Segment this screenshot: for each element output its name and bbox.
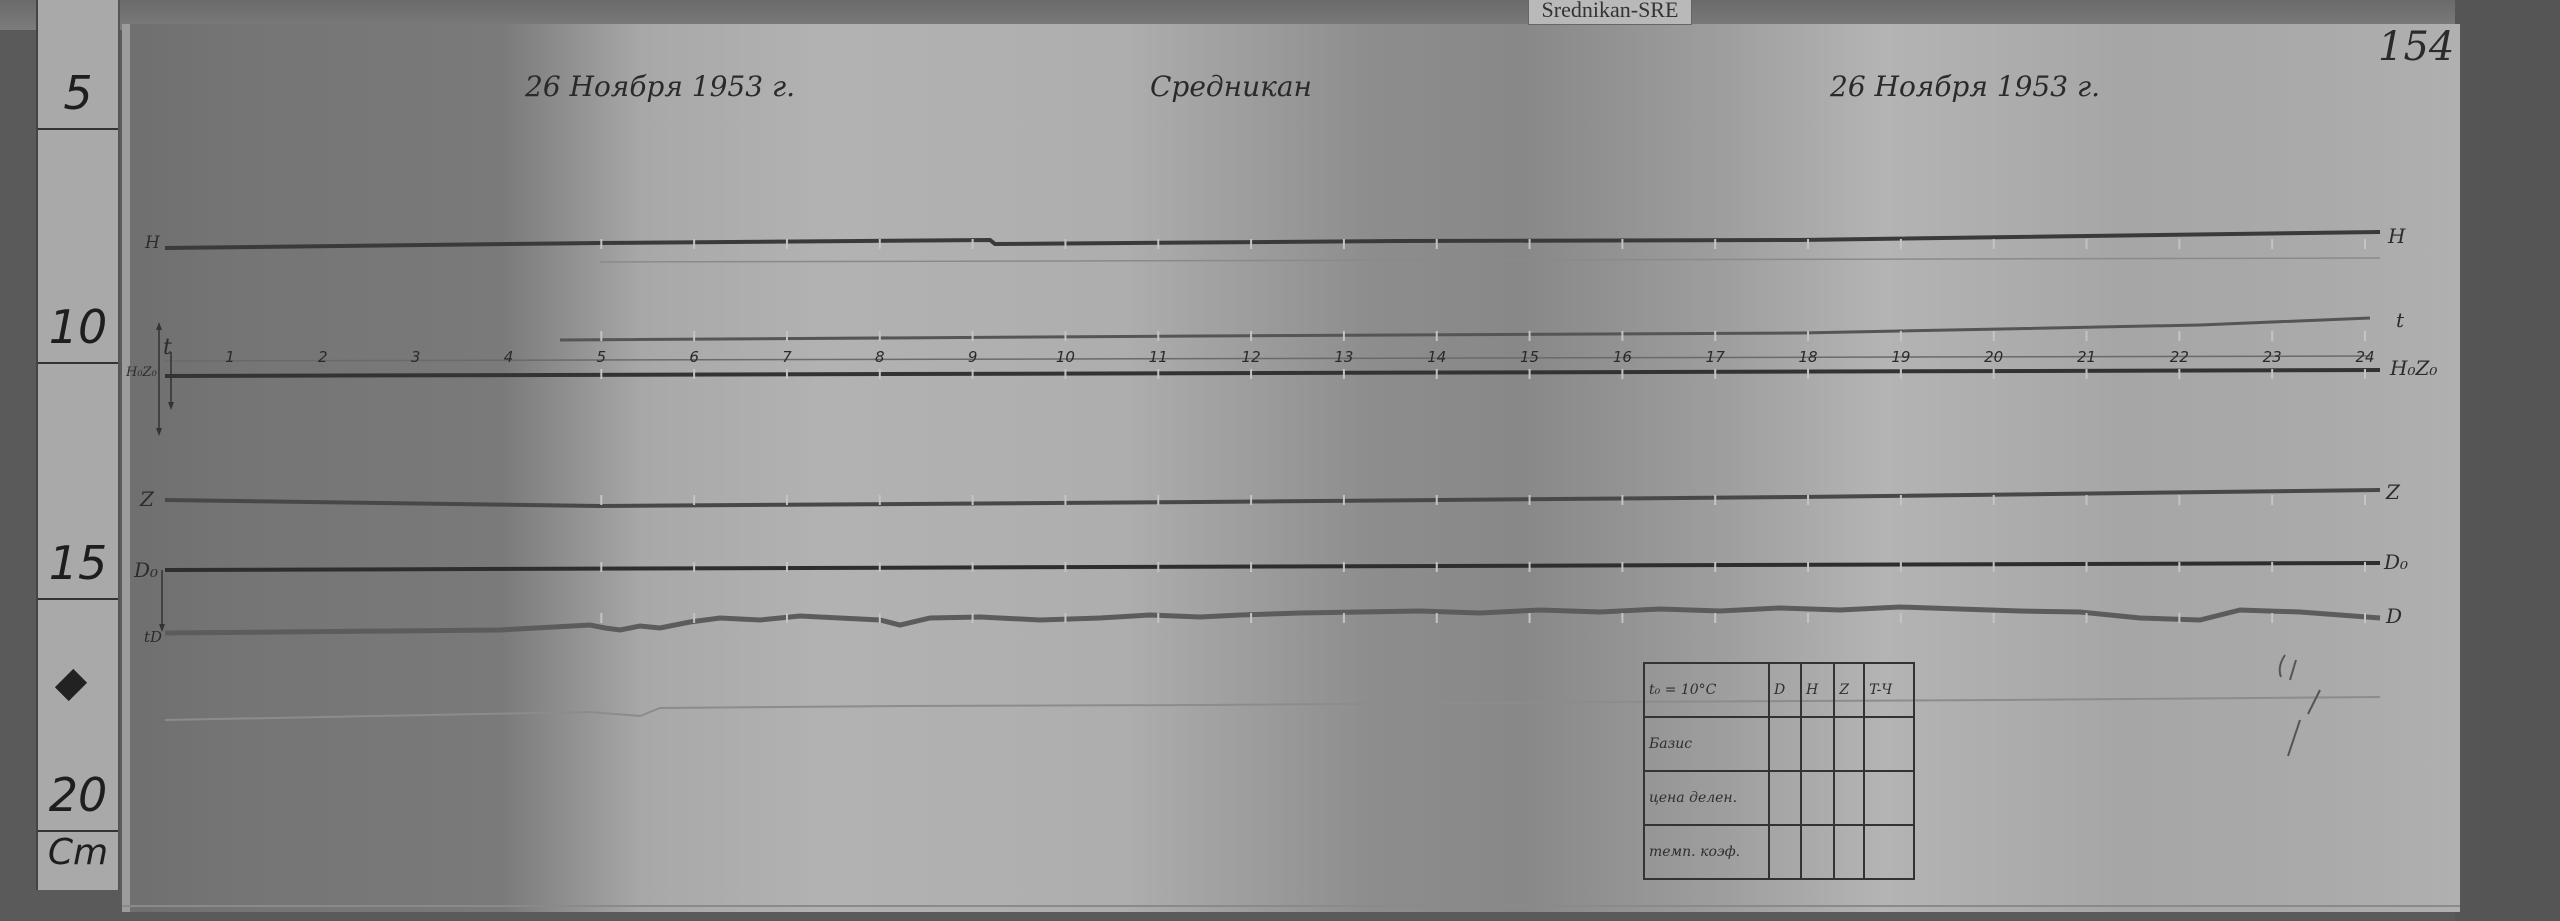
table-row-label: Базис bbox=[1644, 717, 1769, 771]
label-h0z0-right: H₀Z₀ bbox=[2390, 356, 2437, 380]
table-cell bbox=[1769, 771, 1801, 825]
label-h-left: H bbox=[145, 233, 160, 253]
hour-mark: 22 bbox=[2170, 348, 2189, 366]
hour-mark: 5 bbox=[597, 348, 607, 366]
trace-d bbox=[165, 607, 2380, 633]
hour-mark: 3 bbox=[411, 348, 421, 366]
magnetogram-traces bbox=[0, 0, 2560, 921]
table-cell bbox=[1864, 771, 1914, 825]
label-h0z0-left: H₀Z₀ bbox=[126, 365, 157, 380]
label-t-arrow: t bbox=[163, 335, 172, 360]
hour-baseline bbox=[165, 356, 2370, 361]
table-cell bbox=[1801, 825, 1834, 879]
hour-mark: 19 bbox=[1891, 348, 1910, 366]
hour-mark: 1 bbox=[225, 348, 235, 366]
table-cell bbox=[1834, 717, 1864, 771]
hour-mark: 14 bbox=[1427, 348, 1446, 366]
trace-d0 bbox=[165, 563, 2380, 570]
hour-mark: 6 bbox=[689, 348, 699, 366]
table-row: цена делен. bbox=[1644, 771, 1914, 825]
label-d0-left: D₀ bbox=[134, 558, 158, 582]
table-row-label: темп. коэф. bbox=[1644, 825, 1769, 879]
hour-mark: 17 bbox=[1706, 348, 1725, 366]
table-cell bbox=[1769, 717, 1801, 771]
label-d-right: D bbox=[2386, 604, 2402, 628]
table-row-label: цена делен. bbox=[1644, 771, 1769, 825]
label-t-right: t bbox=[2396, 308, 2404, 332]
trace-z bbox=[165, 490, 2380, 506]
hour-mark: 12 bbox=[1242, 348, 1261, 366]
table-header-cell: Z bbox=[1834, 663, 1864, 717]
label-h-right: H bbox=[2388, 224, 2405, 248]
trace-h bbox=[165, 232, 2380, 248]
table-cell bbox=[1834, 771, 1864, 825]
hour-mark: 21 bbox=[2077, 348, 2096, 366]
trace-h0z0 bbox=[165, 370, 2380, 376]
table-header-cell: T-Ч bbox=[1864, 663, 1914, 717]
hour-mark: 4 bbox=[504, 348, 514, 366]
table-cell bbox=[1801, 771, 1834, 825]
hour-mark: 18 bbox=[1798, 348, 1817, 366]
hour-mark: 9 bbox=[968, 348, 978, 366]
label-d0-right: D₀ bbox=[2384, 550, 2408, 574]
table-cell bbox=[1864, 825, 1914, 879]
table-cell bbox=[1801, 717, 1834, 771]
table-cell bbox=[1769, 825, 1801, 879]
hour-mark: 10 bbox=[1056, 348, 1075, 366]
table-header-cell: D bbox=[1769, 663, 1801, 717]
trace-t bbox=[560, 318, 2370, 340]
table-header-cell: H bbox=[1801, 663, 1834, 717]
table-header-row: t₀ = 10°C D H Z T-Ч bbox=[1644, 663, 1914, 717]
hour-mark: 15 bbox=[1520, 348, 1539, 366]
hour-mark: 23 bbox=[2263, 348, 2282, 366]
table-header-cell: t₀ = 10°C bbox=[1644, 663, 1769, 717]
table-cell bbox=[1864, 717, 1914, 771]
label-z-left: Z bbox=[140, 487, 154, 511]
label-z-right: Z bbox=[2386, 480, 2400, 504]
hour-mark: 13 bbox=[1334, 348, 1353, 366]
hour-mark: 24 bbox=[2355, 348, 2374, 366]
hour-mark: 20 bbox=[1984, 348, 2003, 366]
hour-mark: 8 bbox=[875, 348, 885, 366]
table-row: темп. коэф. bbox=[1644, 825, 1914, 879]
table-row: Базис bbox=[1644, 717, 1914, 771]
hour-mark: 2 bbox=[318, 348, 328, 366]
hour-mark: 16 bbox=[1613, 348, 1632, 366]
hour-mark: 11 bbox=[1149, 348, 1168, 366]
label-td-left: tD bbox=[144, 628, 162, 646]
table-cell bbox=[1834, 825, 1864, 879]
calibration-table: t₀ = 10°C D H Z T-Ч Базис цена делен. те… bbox=[1643, 662, 1915, 880]
hour-mark: 7 bbox=[782, 348, 792, 366]
